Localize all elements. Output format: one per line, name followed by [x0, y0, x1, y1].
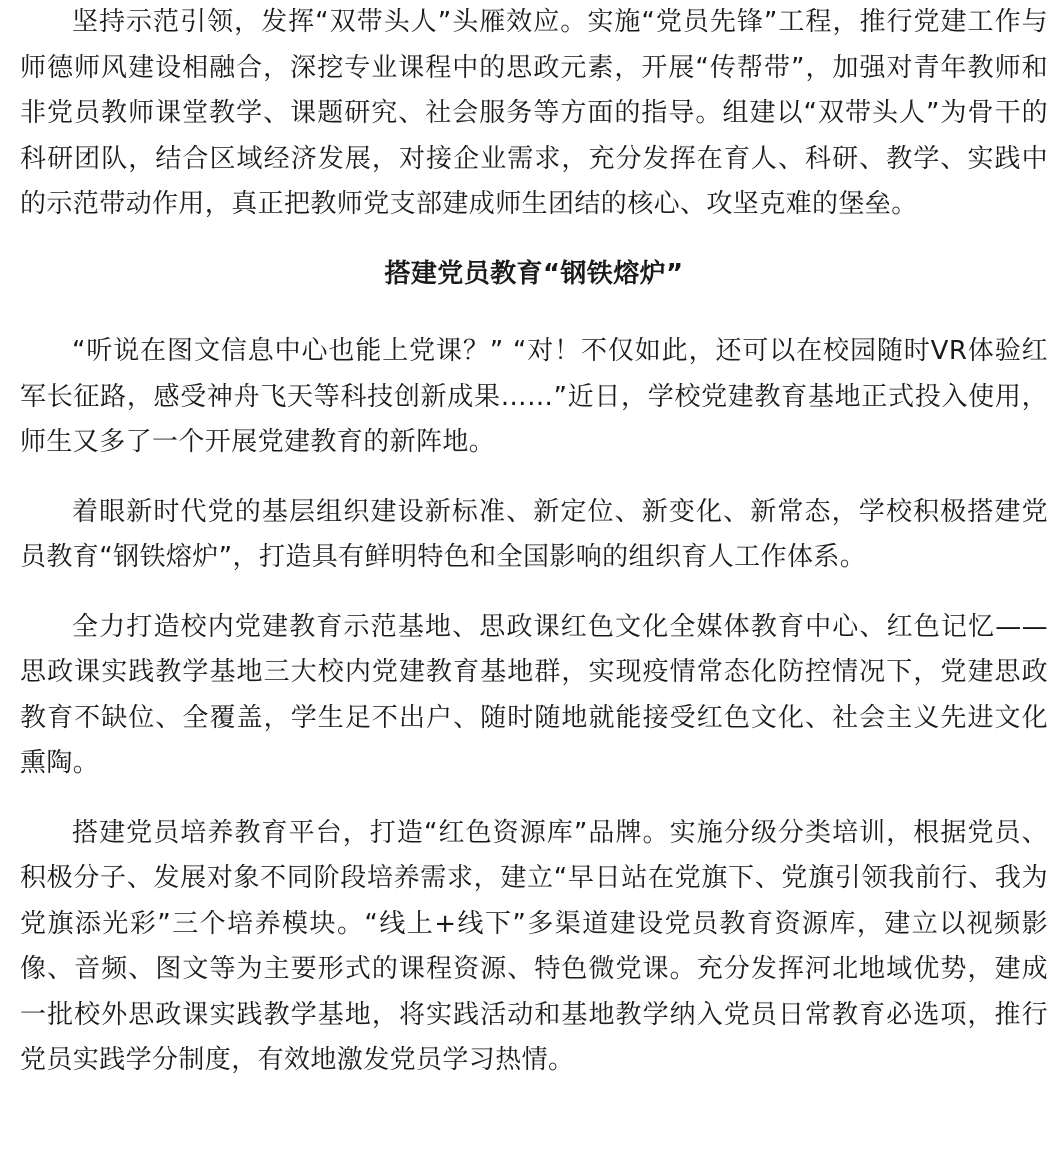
- section-heading: 搭建党员教育“钢铁熔炉”: [20, 252, 1048, 298]
- paragraph-education-base-intro: “听说在图文信息中心也能上党课？” “对！不仅如此，还可以在校园随时VR体验红军…: [20, 329, 1048, 466]
- paragraph-training-platform: 搭建党员培养教育平台，打造“红色资源库”品牌。实施分级分类培训，根据党员、积极分…: [20, 811, 1048, 1084]
- paragraph-campus-bases: 全力打造校内党建教育示范基地、思政课红色文化全媒体教育中心、红色记忆——思政课实…: [20, 605, 1048, 787]
- paragraph-new-era-standard: 着眼新时代党的基层组织建设新标准、新定位、新变化、新常态，学校积极搭建党员教育“…: [20, 490, 1048, 581]
- article-body: 坚持示范引领，发挥“双带头人”头雁效应。实施“党员先锋”工程，推行党建工作与师德…: [0, 0, 1060, 1084]
- paragraph-double-leader: 坚持示范引领，发挥“双带头人”头雁效应。实施“党员先锋”工程，推行党建工作与师德…: [20, 0, 1048, 228]
